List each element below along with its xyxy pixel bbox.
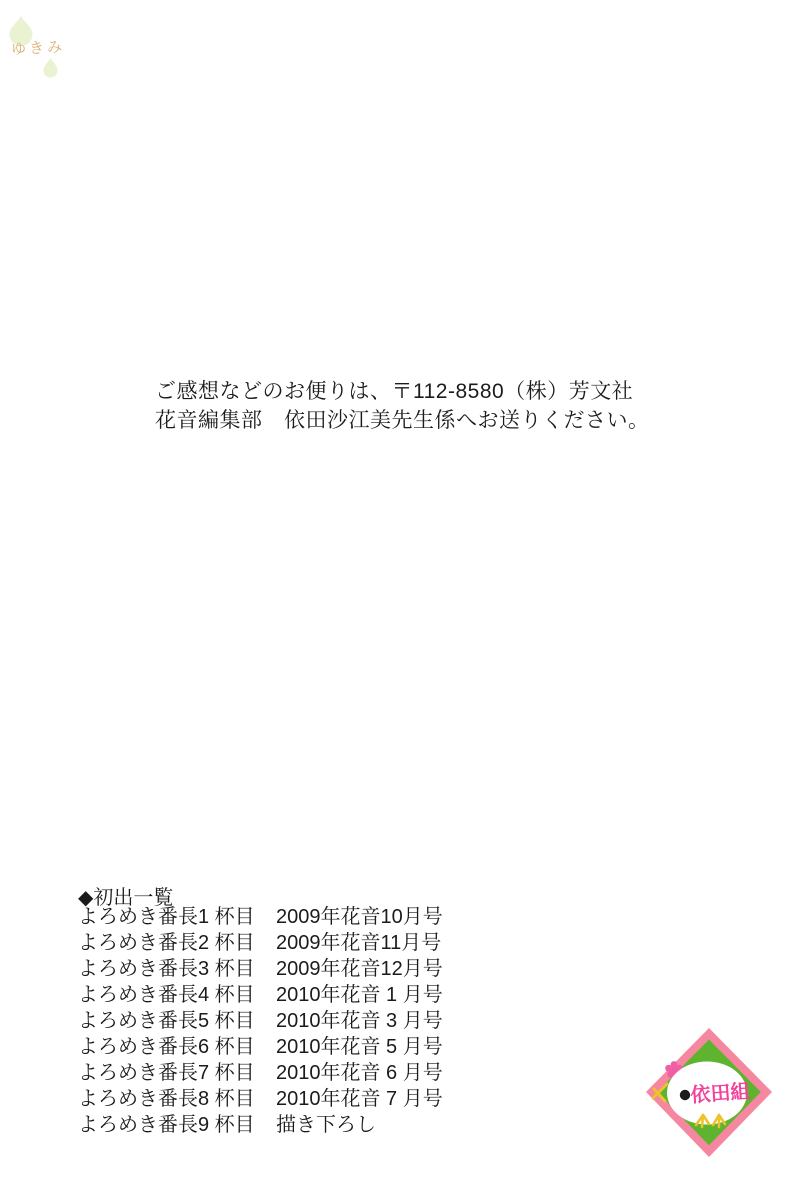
publication-row: よろめき番長 1 杯目 2009年花音10月号 (78, 904, 443, 930)
publication-row: よろめき番長 5 杯目 2010年花音 3 月号 (78, 1008, 443, 1034)
eye-icon (680, 1090, 690, 1100)
publication-row: よろめき番長 3 杯目 2009年花音12月号 (78, 956, 443, 982)
series-title: よろめき番長 (78, 1060, 198, 1086)
address-line-2: 花音編集部 依田沙江美先生係へお送りください。 (155, 406, 650, 435)
book-page: ゆきみ ご感想などのお便りは、〒112-8580（株）芳文社 花音編集部 依田沙… (0, 0, 800, 1184)
series-title: よろめき番長 (78, 956, 198, 982)
series-title: よろめき番長 (78, 1034, 198, 1060)
episode-number: 5 杯目 (198, 1008, 276, 1034)
series-title: よろめき番長 (78, 1112, 198, 1138)
publication-row: よろめき番長 4 杯目 2010年花音 1 月号 (78, 982, 443, 1008)
magazine-issue: 描き下ろし (276, 1112, 376, 1138)
artist-name: ゆきみ (10, 36, 65, 60)
magazine-issue: 2010年花音 5 月号 (276, 1034, 443, 1060)
yoda-gumi-stamp: 依田組 (640, 1022, 780, 1162)
address-line-1: ご感想などのお便りは、〒112-8580（株）芳文社 (155, 377, 650, 406)
publication-row: よろめき番長 7 杯目 2010年花音 6 月号 (78, 1060, 443, 1086)
series-title: よろめき番長 (78, 904, 198, 930)
publication-row: よろめき番長 2 杯目 2009年花音11月号 (78, 930, 443, 956)
magazine-issue: 2010年花音 3 月号 (276, 1008, 443, 1034)
episode-number: 2 杯目 (198, 930, 276, 956)
magazine-issue: 2010年花音 6 月号 (276, 1060, 443, 1086)
series-title: よろめき番長 (78, 982, 198, 1008)
series-title: よろめき番長 (78, 930, 198, 956)
episode-number: 4 杯目 (198, 982, 276, 1008)
magazine-issue: 2009年花音10月号 (276, 904, 443, 930)
episode-number: 3 杯目 (198, 956, 276, 982)
magazine-issue: 2009年花音12月号 (276, 956, 443, 982)
episode-number: 7 杯目 (198, 1060, 276, 1086)
first-publication-list: よろめき番長 1 杯目 2009年花音10月号 よろめき番長 2 杯目 2009… (78, 904, 443, 1138)
publication-row: よろめき番長 9 杯目 描き下ろし (78, 1112, 443, 1138)
series-title: よろめき番長 (78, 1008, 198, 1034)
episode-number: 9 杯目 (198, 1112, 276, 1138)
series-title: よろめき番長 (78, 1086, 198, 1112)
magazine-issue: 2009年花音11月号 (276, 930, 441, 956)
publication-row: よろめき番長 6 杯目 2010年花音 5 月号 (78, 1034, 443, 1060)
magazine-issue: 2010年花音 7 月号 (276, 1086, 443, 1112)
publication-row: よろめき番長 8 杯目 2010年花音 7 月号 (78, 1086, 443, 1112)
magazine-issue: 2010年花音 1 月号 (276, 982, 443, 1008)
feedback-address-block: ご感想などのお便りは、〒112-8580（株）芳文社 花音編集部 依田沙江美先生… (155, 377, 650, 435)
episode-number: 1 杯目 (198, 904, 276, 930)
episode-number: 8 杯目 (198, 1086, 276, 1112)
small-drop-shape (44, 58, 58, 78)
episode-number: 6 杯目 (198, 1034, 276, 1060)
